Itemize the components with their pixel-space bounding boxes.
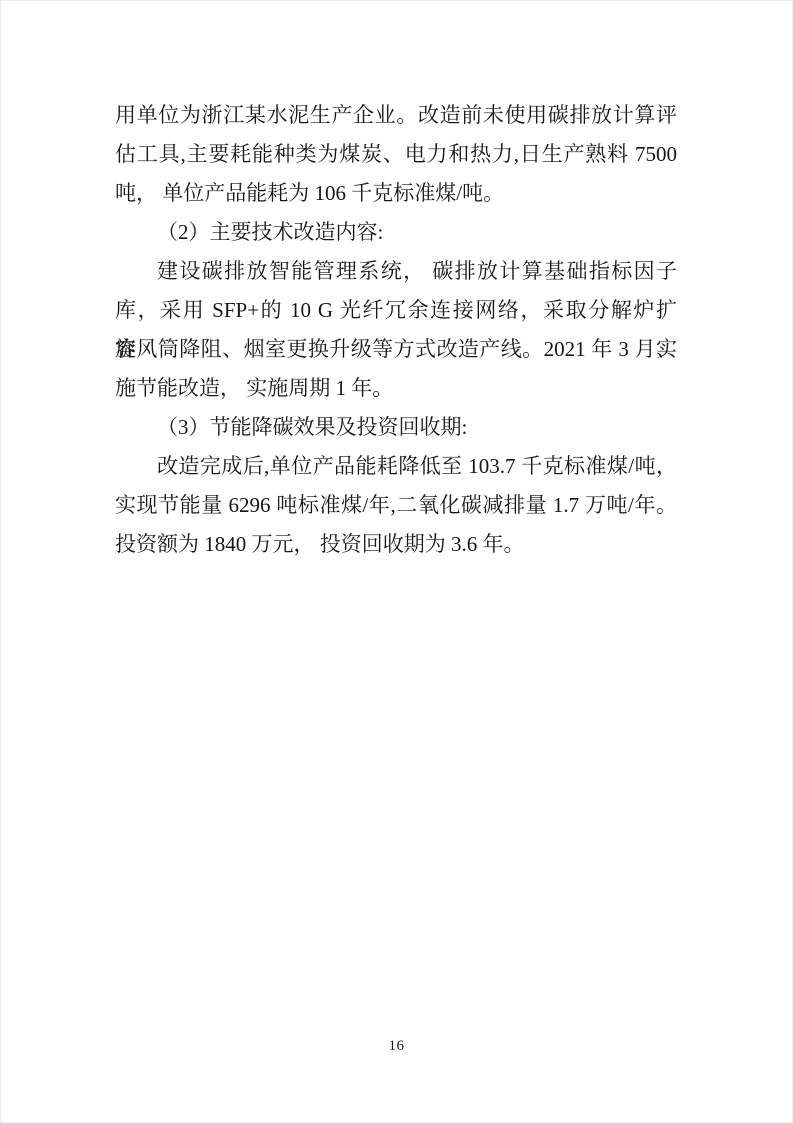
text-line: 建设碳排放智能管理系统， 碳排放计算基础指标因子	[115, 252, 677, 291]
text-line: 用单位为浙江某水泥生产企业。改造前未使用碳排放计算评	[115, 96, 677, 135]
text-line: 库，采用 SFP+的 10 G 光纤冗余连接网络，采取分解炉扩容、	[115, 291, 677, 330]
text-line: 改造完成后,单位产品能耗降低至 103.7 千克标准煤/吨，	[115, 447, 677, 486]
text-line: 投资额为 1840 万元， 投资回收期为 3.6 年。	[115, 525, 677, 564]
text-line: 施节能改造， 实施周期 1 年。	[115, 369, 677, 408]
page-footer: 16	[0, 1037, 793, 1055]
text-line: 旋风筒降阻、烟室更换升级等方式改造产线。2021 年 3 月实	[115, 330, 677, 369]
text-line: 吨， 单位产品能耗为 106 千克标准煤/吨。	[115, 174, 677, 213]
document-page: 用单位为浙江某水泥生产企业。改造前未使用碳排放计算评估工具,主要耗能种类为煤炭、…	[0, 0, 793, 1123]
text-line: 估工具,主要耗能种类为煤炭、电力和热力,日生产熟料 7500	[115, 135, 677, 174]
text-line: （2）主要技术改造内容:	[115, 213, 677, 252]
text-line: （3）节能降碳效果及投资回收期:	[115, 408, 677, 447]
document-body: 用单位为浙江某水泥生产企业。改造前未使用碳排放计算评估工具,主要耗能种类为煤炭、…	[115, 96, 677, 564]
page-number: 16	[389, 1038, 405, 1054]
text-line: 实现节能量 6296 吨标准煤/年,二氧化碳减排量 1.7 万吨/年。	[115, 486, 677, 525]
